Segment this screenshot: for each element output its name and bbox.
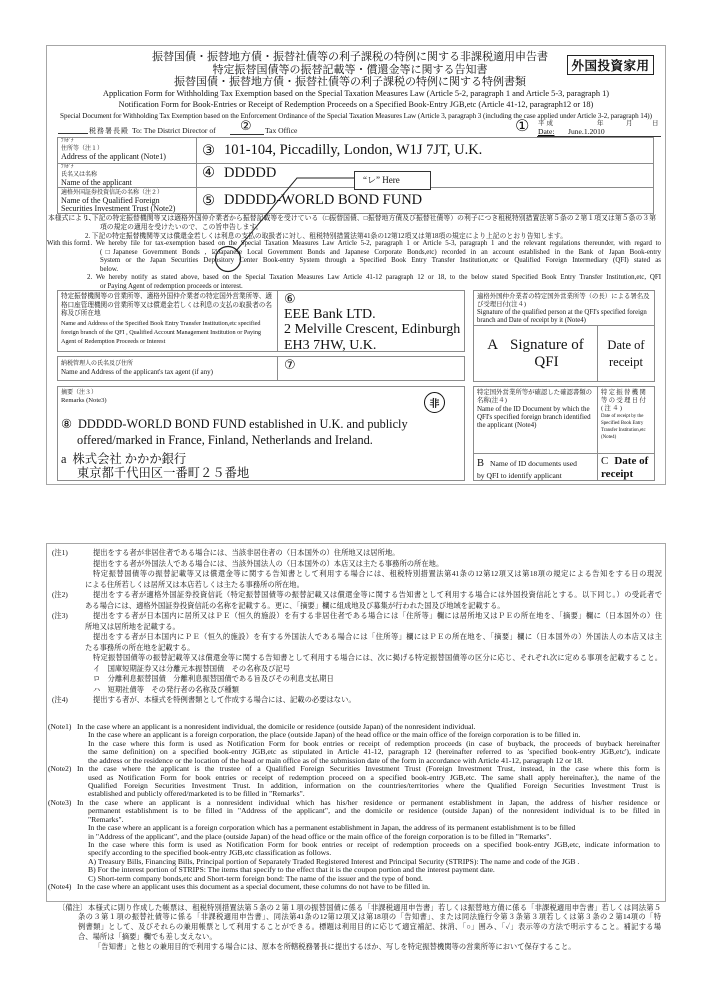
tax-office-blank [58,133,88,134]
field-ref-8: ⑧ [61,417,72,431]
note-label: (Note1) [48,723,71,731]
tax-agent-box: 納税管理人の氏名及び住所 Name and Address of the app… [57,356,465,381]
note-line: 所地又は居所地を記載する。 [85,622,662,633]
note-label: (Note4) [48,883,71,891]
district-director-label: To: The District Director of [132,126,216,135]
note-line: 特定振替国債等の振替記載等又は償還金等に関する告知書として利用する場合には、次に… [93,653,662,664]
label-en: Name of the applicant [61,179,193,187]
header-jp: 適格外国仲介業者の特定国外営業所等（の長）による署名及び受理日付(注４) [477,293,651,309]
title-jp-line: 振替国債・振替地方債・振替社債等の利子課税の特例に関する非課税適用申告書 [130,51,570,63]
note-line: Qualified Foreign Securities Investment … [88,782,660,790]
note-item: イ 国庫短期証券又は分離元本振替国債 その名称及び記号 [93,664,662,675]
label-en: Date of receipt by the Specified Book En… [601,413,651,441]
footer-line: 条の３第１項の振替社債等に係る「非課税適用申告書」、同法第41条の12第12項又… [78,912,661,922]
note-item: A) Treasury Bills, Financing Bills, Prin… [88,858,660,866]
declaration-jp-line: 項の規定の適用を受けたいので、この旨申告します。 [100,223,656,232]
fund-name-row: 適格外国証券投資信託の名称（注２） Name of the Qualified … [58,188,653,213]
institution-label: 特定振替機関等の営業所等、適格外国仲介業者の特定国外営業所等、適格口座管理機関の… [58,291,278,351]
receipt-date-label-box: 特定振替機関等の受理日付(注４) Date of receipt by the … [598,387,654,453]
note-line: 提出をする者が外国法人である場合には、当該外国法人の（日本国外の）本店又は主たる… [93,559,662,570]
applicant-address-row: ﾌﾘｶﾞﾅ 住所等（注１） Address of the applicant (… [58,138,653,164]
tax-office-underline [230,134,264,135]
footer-line: 本様式に則り作成した帳票は、租税特別措置法第５条の２第１項の振替国債に係る「非課… [88,903,661,913]
note-line: established and publicly offered/markete… [88,790,660,798]
signature-label: ASignature of [487,337,584,354]
note-line: 提出する者が、本様式を特例書類として作成する場合には、記載の必要はない。 [93,695,662,706]
note-line: In the case where an applicant uses this… [77,883,660,891]
fund-name-text: DDDDD-WORLD BOND FUND [224,192,422,209]
label-en: Address of the applicant (Note1) [61,153,193,162]
declaration-en-line: System or the Japan Securities Depositor… [100,257,661,266]
agent-address: 東京都千代田区一番町２５番地 [77,466,249,480]
note-line: the same definition) on a specified book… [88,748,660,756]
field-ref-7: ⑦ [284,358,455,373]
agent-line: a株式会社 かかか銀行 [61,452,186,466]
note-label: (Note2) [48,765,71,773]
note-line: in "Address of the applicant", and the p… [88,833,660,841]
note-line: 提出をする者が適格外国証券投資信託（特定振替国債等の振替記載又は償還金等に関する… [93,590,662,601]
day-unit: 日 [652,118,659,127]
qfi-signature-body: ASignature of QFI Date of receipt [474,326,654,381]
note-line: 提出をする者が非居住者である場合には、当該非居住者の（日本国外の）住所地又は居所… [93,548,662,559]
institution-box: 特定振替機関等の営業所等、適格外国仲介業者の特定国外営業所等、適格口座管理機関の… [57,290,465,352]
declaration-jp-line: 1. 下記の特定振替機関等又は適格外国仲介業者から振替記載等を受けている（□振替… [85,214,656,223]
note-item: ロ 分離利息振替国債 分離利息振替国債である旨及びその利息支払期日 [93,674,662,685]
label-jp: 特定振替機関等の営業所等、適格外国仲介業者の特定国外営業所等、適格口座管理機関の… [61,293,274,319]
label-jp: 特定振替機関等の受理日付(注４) [601,389,651,413]
title-en-line: Notification Form for Book-Entries or Re… [46,100,666,110]
note-line: による住所若しくは居所又は本店若しくは主たる事務所の所在地。 [85,580,662,591]
note-line: "Remarks". [88,816,660,824]
field-ref-3: ③ [202,143,215,159]
check-here-callout: “レ” Here [354,171,431,190]
note-line: In the case where the applicant is the t… [77,765,660,773]
note-line: used as Notification Form for book entri… [88,774,660,782]
remarks-line: ⑧DDDDD-WORLD BOND FUND established in U.… [61,417,408,432]
cell-c-text: Date of [614,455,648,467]
signature-cell: ASignature of QFI [474,326,598,381]
note-label: (Note3) [48,799,71,807]
receipt-date-cell: Date of receipt [598,326,654,381]
cell-b-text: by QFI to identify applicant [477,470,594,481]
applicant-address-value: ③ 101-104, Piccadilly, London, W1J 7JT, … [197,138,653,163]
note-item: ハ 短期社債等 その発行者の名称及び種類 [93,685,662,696]
note-line: In the case where an applicant is a fore… [88,824,660,832]
note-line: たる事務所の所在地を記載する。 [85,643,662,654]
remarks-line: offered/marked in France, Finland, Nethe… [77,433,373,448]
field-ref-1: ① [515,116,529,135]
signature-label-line: Signature of [510,337,584,353]
title-jp-line: 振替国債・振替地方債・振替社債等の利子課税の特例に関する特例書類 [130,76,570,88]
note-line: specify according to the specified book-… [88,849,660,857]
cell-c-text: receipt [601,468,651,480]
institution-address-line: EH3 7HW, U.K. [284,338,464,351]
footer-line: 合、場所は「摘要」欄でも差し支えない。 [78,932,661,942]
applicant-name-label: ﾌﾘｶﾞﾅ 氏名又は名称 Name of the applicant [58,164,197,187]
field-ref-5: ⑤ [202,193,215,209]
field-ref-6: ⑥ [284,292,455,307]
institution-address-line: 2 Melville Crescent, Edinburgh [284,322,464,337]
tax-office-label: Tax Office [265,126,297,135]
name-text: DDDDD [224,165,276,182]
footer-line: 例書類」として、及びそれらの兼用帳票として利用することができる。標題は利用目的に… [78,922,661,932]
signature-label-line: QFI [512,354,558,371]
title-en-line: Application Form for Withholding Tax Exe… [46,89,666,99]
tax-agent-label: 納税管理人の氏名及び住所 Name and Address of the app… [58,357,278,380]
note-line: In the case where an applicant is a fore… [88,731,660,739]
receipt-date-label: Date of [607,337,644,354]
note-line: 提出をする者が日本国内にＰＥ（恒久的施設）を有する外国法人である場合には「住所等… [93,632,662,643]
qfi-signature-header: 適格外国仲介業者の特定国外営業所等（の長）による署名及び受理日付(注４) Sig… [474,291,654,326]
note-label: (注1) [52,548,68,559]
declaration-en-label: With this form: [47,240,89,249]
fund-name-label: 適格外国証券投資信託の名称（注２） Name of the Qualified … [58,188,197,213]
note-label: (注4) [52,695,68,706]
remarks-label-en: Remarks (Note3) [61,397,107,405]
cell-letter-b: B [477,458,484,469]
label-jp: 納税管理人の氏名及び住所 [61,360,274,368]
cell-b-text: Name of ID documents used [490,459,577,468]
era-label: 平成 [538,118,555,127]
tax-office-suffix-jp: 税務署長殿 [89,126,129,136]
label-en: Name and Address of the applicant's tax … [61,368,274,377]
fund-name-value: ⑤ DDDDD-WORLD BOND FUND [197,188,653,213]
remarks-text: DDDDD-WORLD BOND FUND established in U.K… [78,417,408,431]
note-line: permanent establishment is to be filled … [88,807,660,815]
field-ref-2: ② [240,119,252,134]
cell-letter-c: C [601,455,608,467]
date-label: Date: [538,127,554,136]
month-unit: 月 [626,118,633,127]
title-en-line: Special Document for Withholding Tax Exe… [46,111,666,121]
year-unit: 年 [597,118,604,127]
id-document-label: 特定国外営業所等が確認した確認書類の名称(注４) Name of the ID … [474,387,598,453]
institution-name: EEE Bank LTD. [284,307,464,322]
label-en: Name of the ID Document by which the QFI… [477,405,594,429]
id-document-header: 特定国外営業所等が確認した確認書類の名称(注４) Name of the ID … [474,387,654,454]
header-en: Signature of the qualified person at the… [477,309,651,325]
remarks-label-jp: 摘要（注３） [61,389,97,397]
declaration-en-line: 1. We hereby file for tax-exemption base… [87,240,661,249]
note-line: 提出をする者が日本国内に居所又はＰＥ（恒久的施設）を有する非居住者である場合には… [93,611,662,622]
cell-c-label: CDate of [601,455,651,468]
title-jp-line: 特定振替国債等の振替記載等・償還金等に関する告知書 [130,64,570,76]
non-taxable-stamp: 非 [424,392,445,413]
label-jp: 特定国外営業所等が確認した確認書類の名称(注４) [477,389,594,405]
tax-form-page: 振替国債・振替地方債・振替社債等の利子課税の特例に関する非課税適用申告書 特定振… [0,0,708,989]
foreign-investor-badge: 外国投資家用 [567,55,654,75]
note-line: In the case where this form is used as N… [88,841,660,849]
note-line: In the case where an applicant is a nonr… [77,723,660,731]
note-line: ある場合には、適格外国証券投資信託の名称を記載する。更に、「摘要」欄に組成地及び… [85,601,662,612]
agent-name: 株式会社 かかか銀行 [72,452,186,466]
address-text: 101-104, Piccadilly, London, W1J 7JT, U.… [224,142,482,159]
date-value: June.1.2010 [568,127,605,136]
note-item: B) For the interest portion of STRIPS: T… [88,866,660,874]
note-label: (注3) [52,611,68,622]
id-document-box: 特定国外営業所等が確認した確認書類の名称(注４) Name of the ID … [473,386,655,481]
note-line: In the case where this form is used as N… [88,740,660,748]
note-label: (注2) [52,590,68,601]
receipt-date-label: receipt [609,354,643,371]
qfi-signature-box: 適格外国仲介業者の特定国外営業所等（の長）による署名及び受理日付(注４) Sig… [473,290,655,382]
cell-c: CDate of receipt [598,454,654,481]
label-en: Name of the Qualified Foreign Securities… [61,197,193,213]
cell-b-label: BName of ID documents used [477,455,594,470]
label-en: Name and Address of the Specified Book E… [61,319,274,346]
declaration-en-line: (□Japanese Government Bonds , ☑Japanese … [100,249,661,258]
note-line: 特定振替国債等の振替記載等又は償還金等に関する告知書として利用する場合には、租税… [93,569,662,580]
institution-value: ⑥ EEE Bank LTD. 2 Melville Crescent, Edi… [278,291,464,351]
footer-label: 〔備注〕 [58,903,87,913]
declaration-en-line: 2. We hereby notify as stated above, bas… [87,274,661,283]
cell-letter-a: A [487,337,498,353]
agent-prefix: a [61,452,66,466]
footer-line: 「告知書」と他との兼用目的で利用する場合には、原本を所轄税務署長に提出するほか、… [94,942,661,952]
id-document-body: BName of ID documents used by QFI to ide… [474,454,654,481]
field-ref-4: ④ [202,165,215,181]
remarks-box: 摘要（注３） Remarks (Note3) 非 ⑧DDDDD-WORLD BO… [57,386,465,481]
id-document-cell: BName of ID documents used by QFI to ide… [474,454,598,481]
tax-agent-value: ⑦ [278,357,464,380]
note-line: In the case where an applicant is a nonr… [77,799,660,807]
note-item: C) Short-term company bonds,etc and Shor… [88,875,660,883]
applicant-address-label: ﾌﾘｶﾞﾅ 住所等（注１） Address of the applicant (… [58,138,197,163]
note-line: the address or the residence or the loca… [88,757,660,765]
declaration-en-line: below. [100,266,661,275]
